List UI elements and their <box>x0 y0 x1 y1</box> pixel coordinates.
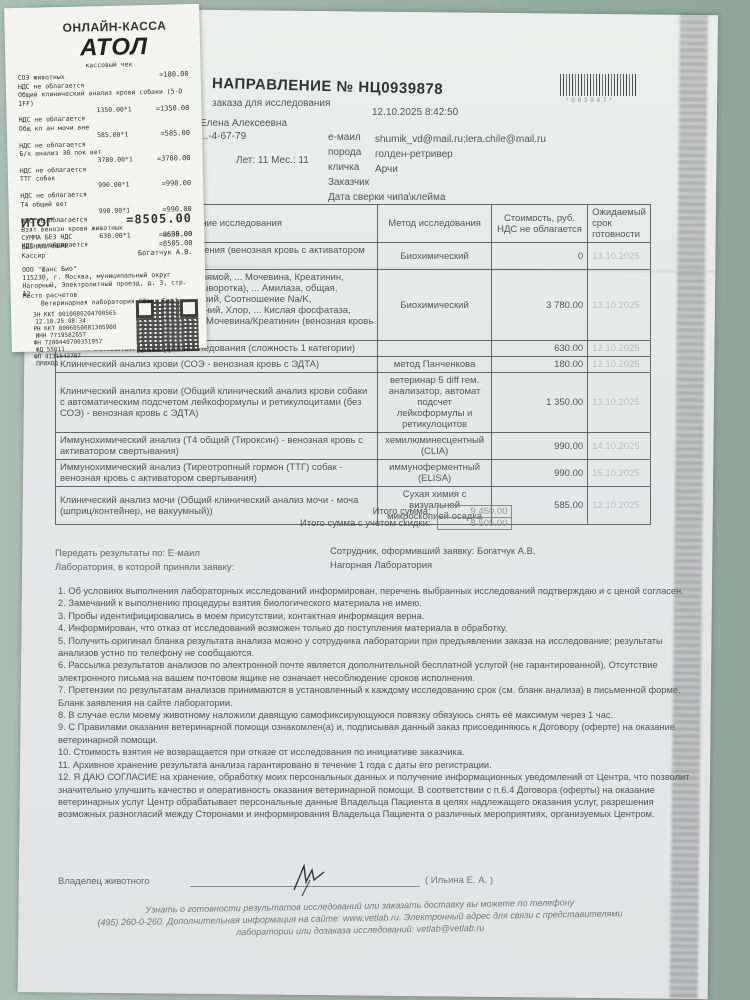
receipt-brand: ОНЛАЙН-КАССА <box>62 19 166 35</box>
test-ready-date: 13.10.2025 <box>588 373 651 433</box>
receipt-item-amount: =585.00 <box>160 129 190 138</box>
test-ready-date: 12.10.2025 <box>588 487 651 525</box>
receipt-item-amount: =1350.00 <box>156 104 190 113</box>
test-method <box>378 341 492 357</box>
term-item: 12. Я ДАЮ СОГЛАСИЕ на хранение, обработк… <box>58 771 693 821</box>
meta-value: shumik_vd@mail.ru;lera.chile@mail.ru <box>375 132 546 147</box>
term-item: 9. С Правилами оказания ветеринарной пом… <box>58 721 693 746</box>
term-item: 8. В случае если моему животному наложил… <box>58 709 693 721</box>
test-method: метод Панченкова <box>378 357 492 373</box>
test-cost: 0 <box>491 243 587 270</box>
barcode-icon <box>560 74 638 96</box>
total-label: Итого сумма: <box>373 506 431 517</box>
test-name: Иммунохимический анализ (Т4 общий (Тирок… <box>56 433 378 460</box>
document-subtitle: заказа для исследования <box>212 98 330 109</box>
signature-label: Владелец животного <box>58 876 150 887</box>
receipt-fiscal-line: ПРИХОД <box>36 360 58 368</box>
atol-logo: АТОЛ <box>80 33 149 63</box>
barcode-number: *093987* <box>566 98 615 104</box>
owner-info: Елена Алексеевна ...-4-67-79 <box>200 117 287 143</box>
receipt-summary-label: СУММА БЕЗ НДС <box>21 233 72 242</box>
test-name: Клинический анализ крови (Общий клиничес… <box>56 373 378 433</box>
test-cost: 990.00 <box>491 433 587 460</box>
receipt-item-qty: 3780.00*1 <box>98 156 133 165</box>
receipt-item-qty: 630.00*1 <box>99 231 130 240</box>
staff-block: Сотрудник, оформивший заявку: Богатчук А… <box>330 545 536 573</box>
receipt-summary-value: =8505.00 <box>159 239 193 248</box>
test-ready-date: 12.10.2025 <box>588 357 651 373</box>
test-ready-date: 12.10.2025 <box>588 341 651 357</box>
terms-list: 1. Об условиях выполнения лабораторных и… <box>58 585 693 821</box>
test-method: Биохимический <box>378 270 492 341</box>
document-datetime: 12.10.2025 8:42:50 <box>372 107 458 118</box>
receipt-item-label: НДС не облагается <box>20 165 87 175</box>
receipt-summary-label: Кассир <box>22 251 46 260</box>
total-label: Итого сумма с учетом скидки: <box>300 518 431 529</box>
table-row: Клинический анализ крови (Общий клиничес… <box>56 373 651 433</box>
receipt-item-label: Б/х анализ 30 пок вет <box>19 148 101 158</box>
results-delivery: Передать результаты по: E-маил <box>55 547 234 561</box>
receipt-item-qty: 1350.00*1 <box>96 105 131 114</box>
receipt-item-qty: 585.00*1 <box>97 130 128 139</box>
receipt-item-amount: =3780.00 <box>157 154 191 163</box>
term-item: 7. Претензии по результатам анализов при… <box>58 684 693 709</box>
test-method: хемилюминесцентный (CLIA) <box>378 433 492 460</box>
cash-receipt: ОНЛАЙН-КАССА АТОЛ кассовый чек СОЭ живот… <box>4 4 207 352</box>
receipt-item-amount: =180.00 <box>159 70 189 79</box>
receipt-item-label: ТТГ собак <box>20 175 55 184</box>
test-ready-date: 14.10.2025 <box>588 433 651 460</box>
signature-icon <box>290 860 330 896</box>
signer-name: ( Ильина Е. А. ) <box>425 875 493 886</box>
receipt-item-label: IFF) <box>18 99 34 107</box>
test-method: Биохимический <box>378 243 492 270</box>
test-cost: 1 350.00 <box>491 373 587 433</box>
test-method: ветеринар 5 diff гем. анализатор, автома… <box>378 373 492 433</box>
table-row: Иммунохимический анализ (Т4 общий (Тирок… <box>56 433 651 460</box>
totals-block: Итого сумма:9 450.00Итого сумма с учетом… <box>300 505 512 529</box>
meta-value <box>375 177 546 192</box>
receipt-total-amount: =8505.00 <box>126 211 192 226</box>
staff-name: Сотрудник, оформивший заявку: Богатчук А… <box>330 545 536 559</box>
meta-value: голден-ретривер <box>375 147 546 162</box>
header-method: Метод исследования <box>378 205 492 243</box>
meta-value: Арчи <box>375 162 546 177</box>
receipt-header: кассовый чек <box>85 60 132 69</box>
total-value: 8 505.00 <box>437 517 512 530</box>
receipt-item-qty: 990.00*1 <box>98 181 129 190</box>
receipt-summary-value: Богатчук А.В. <box>138 248 193 257</box>
test-cost: 630.00 <box>491 341 587 357</box>
receipt-total-label: ИТОГ <box>21 215 53 230</box>
receipt-item-label: Т4 общий вет <box>20 199 67 208</box>
test-cost: 990.00 <box>491 460 587 487</box>
term-item: 11. Архивное хранение результата анализа… <box>58 759 693 771</box>
test-cost: 180.00 <box>491 357 587 373</box>
receipt-item-label: НДС не облагается <box>20 190 87 200</box>
test-method: иммуноферментный (ELISA) <box>378 460 492 487</box>
table-row: Иммунохимический анализ (Тиреотропный го… <box>56 460 651 487</box>
test-ready-date: 13.10.2025 <box>588 243 651 270</box>
test-ready-date: 13.10.2025 <box>588 270 651 341</box>
contact-block: Передать результаты по: E-маил Лаборатор… <box>55 547 234 575</box>
term-item: 3. Пробы идентифицировались в моем прису… <box>58 610 693 622</box>
term-item: 5. Получить оригинал бланка результата а… <box>58 635 693 660</box>
test-name: Иммунохимический анализ (Тиреотропный го… <box>56 460 378 487</box>
table-row: Клинический анализ крови (СОЭ - венозная… <box>56 357 651 373</box>
total-row: Итого сумма:9 450.00 <box>300 505 512 517</box>
term-item: 6. Рассылка результатов анализов по элек… <box>58 659 693 684</box>
term-item: 2. Замечаний к выполнению процедуры взят… <box>58 597 693 609</box>
term-item: 4. Информирован, что отказ от исследован… <box>58 622 693 634</box>
total-row: Итого сумма с учетом скидки:8 505.00 <box>300 517 512 529</box>
receipt-item-label: СОЭ животных <box>18 73 65 82</box>
receipt-item-amount: =990.00 <box>162 179 192 188</box>
header-date: Ожидаемый срок готовности <box>588 205 651 243</box>
lab-name: Нагорная Лаборатория <box>330 559 536 573</box>
test-ready-date: 15.10.2025 <box>588 460 651 487</box>
term-item: 1. Об условиях выполнения лабораторных и… <box>58 585 693 597</box>
owner-phone: ...-4-67-79 <box>200 130 287 143</box>
test-cost: 3 780.00 <box>491 270 587 341</box>
owner-name: Елена Алексеевна <box>200 117 287 130</box>
patient-meta-values: shumik_vd@mail.ru;lera.chile@mail.ruголд… <box>375 132 546 207</box>
receipt-item-label: Общ кл ан мочи вне <box>19 123 90 133</box>
patient-age: Лет: 11 Мес.: 11 <box>236 155 309 166</box>
lab-accepted: Лаборатория, в которой приняли заявку: <box>55 561 234 575</box>
term-item: 10. Стоимость взятия не возвращается при… <box>58 746 693 758</box>
qr-code-icon <box>136 299 199 352</box>
receipt-summary-label: БЕЗНАЛИЧНЫМИ <box>21 242 68 251</box>
header-cost: Стоимость, руб. НДС не облагается <box>491 205 587 243</box>
receipt-summary-value: =8505.00 <box>158 230 192 239</box>
test-name: Клинический анализ крови (СОЭ - венозная… <box>56 357 378 373</box>
